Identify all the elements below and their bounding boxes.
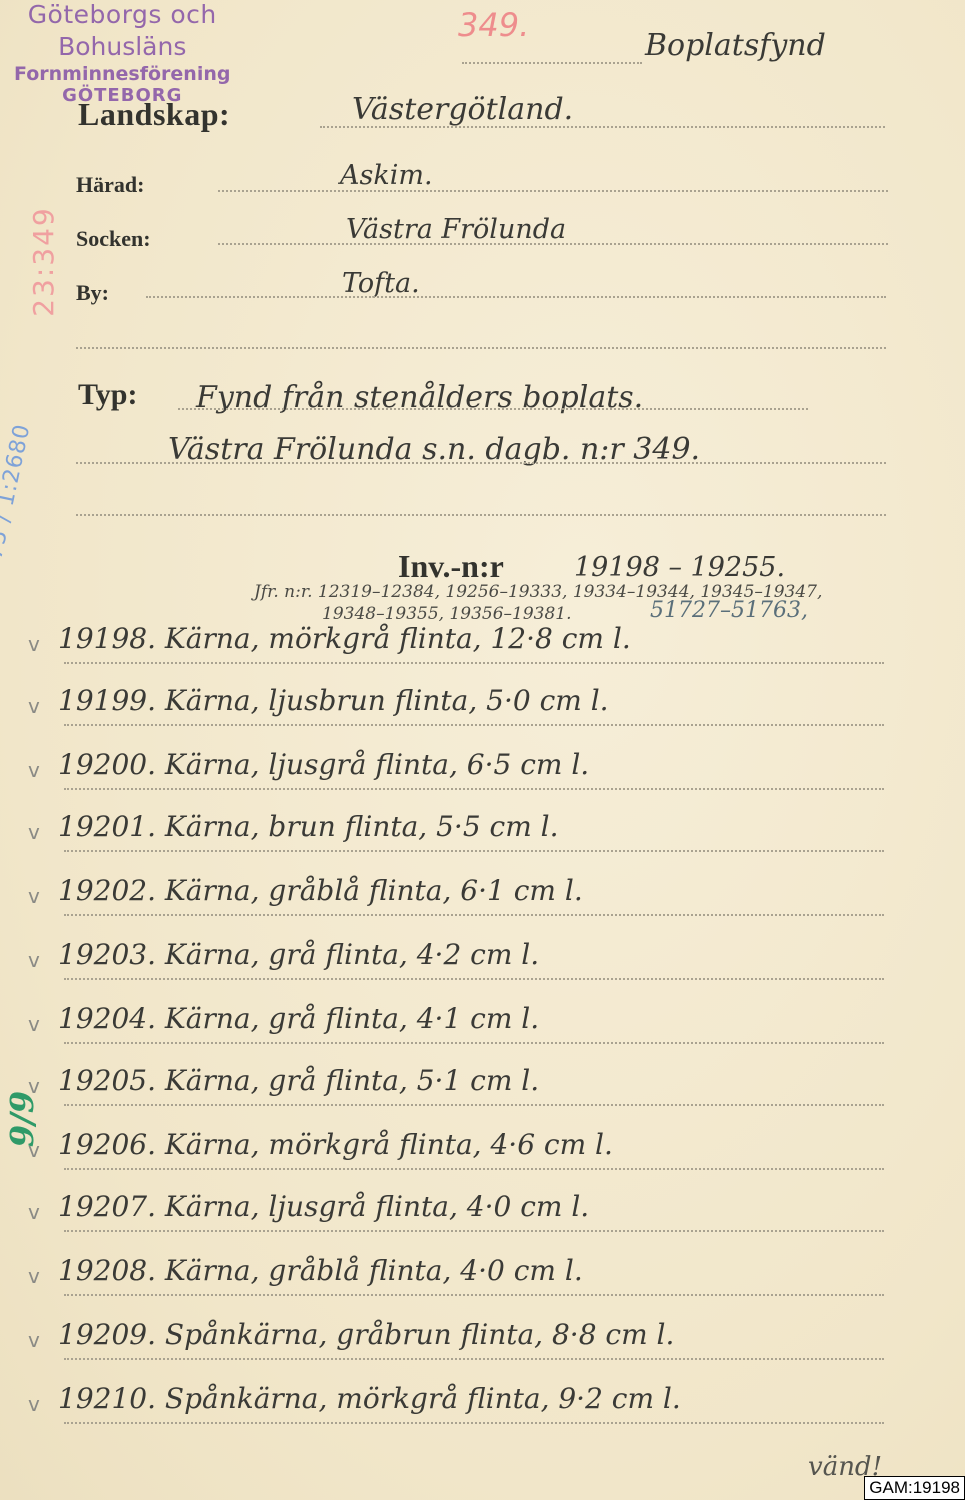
item-row: v 19200. Kärna, ljusgrå flinta, 6·5 cm l… <box>0 744 965 804</box>
by-label: By: <box>76 280 109 306</box>
typ-label: Typ: <box>78 378 137 412</box>
item-row: v 19203. Kärna, grå flinta, 4·2 cm l. <box>0 934 965 994</box>
check-mark-icon: v <box>28 632 40 656</box>
item-dotted-line <box>64 978 884 980</box>
item-number: 19209. <box>58 1318 156 1351</box>
item-row: v 19204. Kärna, grå flinta, 4·1 cm l. <box>0 998 965 1058</box>
socken-value: Västra Frölunda <box>346 214 566 245</box>
stamp-line-1: Göteborgs och <box>14 2 230 27</box>
item-number: 19200. <box>58 748 156 781</box>
item-number: 19204. <box>58 1002 156 1035</box>
item-description: Kärna, grå flinta, 4·1 cm l. <box>165 1002 539 1035</box>
check-mark-icon: v <box>28 948 40 972</box>
landskap-label: Landskap: <box>78 96 230 133</box>
item-row: v 19201. Kärna, brun flinta, 5·5 cm l. <box>0 806 965 866</box>
item-dotted-line <box>64 1168 884 1170</box>
item-description: Kärna, ljusgrå flinta, 4·0 cm l. <box>165 1190 589 1223</box>
item-number: 19206. <box>58 1128 156 1161</box>
item-description: Kärna, gråblå flinta, 6·1 cm l. <box>165 874 583 907</box>
item-row: v 19199. Kärna, ljusbrun flinta, 5·0 cm … <box>0 680 965 740</box>
item-description: Kärna, grå flinta, 4·2 cm l. <box>165 938 539 971</box>
item-row: v 19198. Kärna, mörkgrå flinta, 12·8 cm … <box>0 618 965 678</box>
check-mark-icon: v <box>28 1392 40 1416</box>
item-row: v 19206. Kärna, mörkgrå flinta, 4·6 cm l… <box>0 1124 965 1184</box>
typ-dotted-line-1 <box>178 408 808 410</box>
item-dotted-line <box>64 1358 884 1360</box>
harad-value: Askim. <box>340 160 433 191</box>
red-margin-number: 23:349 <box>27 206 60 317</box>
check-mark-icon: v <box>28 1138 40 1162</box>
item-description: Kärna, brun flinta, 5·5 cm l. <box>165 810 559 843</box>
item-number: 19201. <box>58 810 156 843</box>
check-mark-icon: v <box>28 1074 40 1098</box>
item-description: Kärna, mörkgrå flinta, 12·8 cm l. <box>165 622 631 655</box>
harad-dotted-line <box>218 190 888 192</box>
check-mark-icon: v <box>28 1264 40 1288</box>
item-number: 19199. <box>58 684 156 717</box>
item-dotted-line <box>64 1042 884 1044</box>
check-mark-icon: v <box>28 820 40 844</box>
blank-dotted-line-2 <box>76 514 886 516</box>
item-number: 19203. <box>58 938 156 971</box>
category-text: Boplatsfynd <box>645 28 826 63</box>
item-row: v 19207. Kärna, ljusgrå flinta, 4·0 cm l… <box>0 1186 965 1246</box>
item-dotted-line <box>64 1422 884 1424</box>
catalogue-number: 349. <box>458 6 529 44</box>
item-description: Kärna, ljusbrun flinta, 5·0 cm l. <box>165 684 609 717</box>
item-row: v 19209. Spånkärna, gråbrun flinta, 8·8 … <box>0 1314 965 1374</box>
item-row: v 19202. Kärna, gråblå flinta, 6·1 cm l. <box>0 870 965 930</box>
by-dotted-line <box>146 296 886 298</box>
by-value: Tofta. <box>342 268 420 299</box>
archive-id-label: GAM:19198 <box>864 1476 965 1500</box>
item-description: Kärna, grå flinta, 5·1 cm l. <box>165 1064 539 1097</box>
item-dotted-line <box>64 1230 884 1232</box>
item-description: Kärna, gråblå flinta, 4·0 cm l. <box>165 1254 583 1287</box>
check-mark-icon: v <box>28 1012 40 1036</box>
item-row: v 19205. Kärna, grå flinta, 5·1 cm l. <box>0 1060 965 1120</box>
item-number: 19207. <box>58 1190 156 1223</box>
item-number: 19205. <box>58 1064 156 1097</box>
item-dotted-line <box>64 850 884 852</box>
blank-dotted-line <box>76 347 886 349</box>
blue-margin-number: 6 3975 / 1:2680 <box>0 422 35 614</box>
item-number: 19210. <box>58 1382 156 1415</box>
category-dotted-line <box>462 62 642 64</box>
stamp-line-3: Fornminnesförening <box>14 65 230 84</box>
inventory-label: Inv.-n:r <box>398 548 504 585</box>
item-number: 19202. <box>58 874 156 907</box>
socken-dotted-line <box>218 243 888 245</box>
item-dotted-line <box>64 724 884 726</box>
item-number: 19198. <box>58 622 156 655</box>
item-dotted-line <box>64 662 884 664</box>
item-dotted-line <box>64 1294 884 1296</box>
socken-label: Socken: <box>76 226 151 252</box>
item-dotted-line <box>64 1104 884 1106</box>
item-dotted-line <box>64 788 884 790</box>
check-mark-icon: v <box>28 884 40 908</box>
item-row: v 19210. Spånkärna, mörkgrå flinta, 9·2 … <box>0 1378 965 1438</box>
check-mark-icon: v <box>28 1200 40 1224</box>
item-row: v 19208. Kärna, gråblå flinta, 4·0 cm l. <box>0 1250 965 1310</box>
typ-dotted-line-2 <box>76 462 886 464</box>
item-description: Kärna, ljusgrå flinta, 6·5 cm l. <box>165 748 589 781</box>
check-mark-icon: v <box>28 758 40 782</box>
harad-label: Härad: <box>76 172 144 198</box>
item-description: Spånkärna, mörkgrå flinta, 9·2 cm l. <box>165 1382 681 1415</box>
society-stamp: Göteborgs och Bohusläns Fornminnesföreni… <box>14 2 230 105</box>
item-description: Spånkärna, gråbrun flinta, 8·8 cm l. <box>165 1318 675 1351</box>
item-dotted-line <box>64 914 884 916</box>
item-description: Kärna, mörkgrå flinta, 4·6 cm l. <box>165 1128 613 1161</box>
landskap-value: Västergötland. <box>352 92 573 127</box>
check-mark-icon: v <box>28 1328 40 1352</box>
check-mark-icon: v <box>28 694 40 718</box>
item-number: 19208. <box>58 1254 156 1287</box>
inventory-range: 19198 – 19255. <box>574 552 785 583</box>
landskap-dotted-line <box>320 126 885 128</box>
stamp-line-2: Bohusläns <box>14 34 230 59</box>
